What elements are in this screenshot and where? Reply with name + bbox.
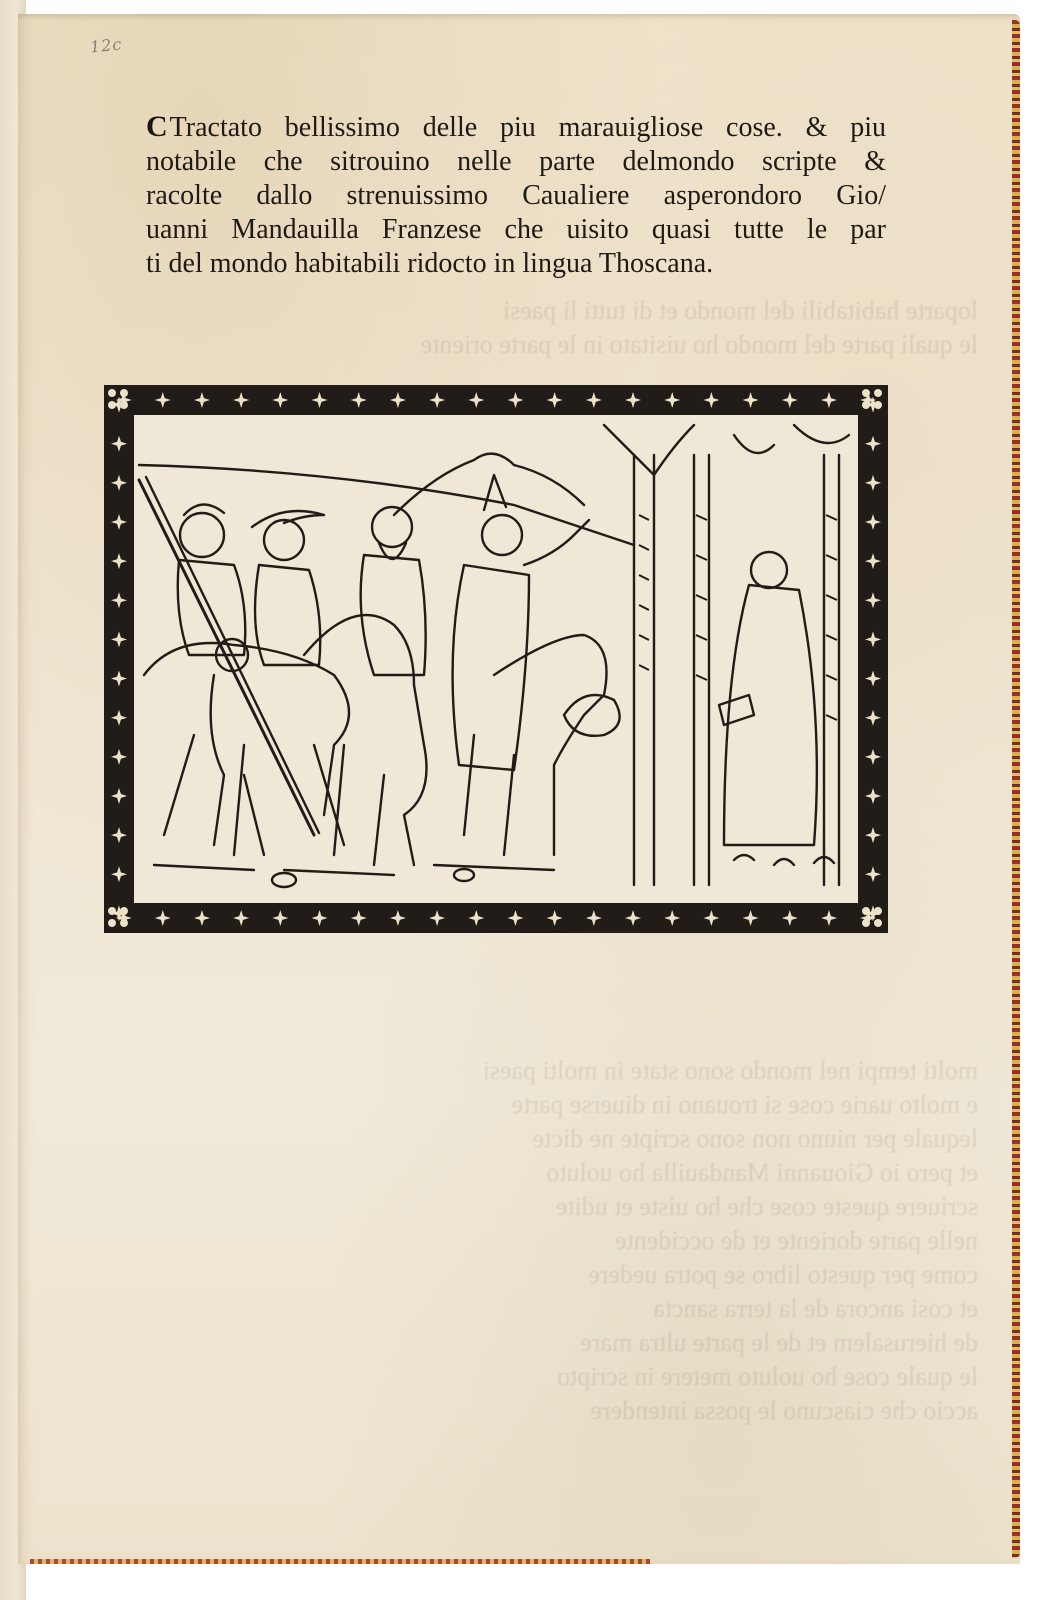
bleed-line: et pero io Giouanni Mandauilla ho uoluto bbox=[78, 1156, 978, 1190]
border-left bbox=[104, 385, 134, 933]
title-line-text: Tractato bellissimo delle piu marauiglio… bbox=[170, 112, 886, 143]
border-bottom bbox=[104, 903, 888, 933]
title-line-3: racolte dallo strenuissimo Caualiere asp… bbox=[146, 179, 886, 213]
title-line-2: notabile che sitrouino nelle parte delmo… bbox=[146, 145, 886, 179]
corner-rosette-icon bbox=[104, 903, 134, 933]
bleed-line: come per questo libro se potra uedere bbox=[78, 1258, 978, 1292]
corner-rosette-icon bbox=[858, 903, 888, 933]
bleed-line: loparte habitabili del mondo et di tutti… bbox=[78, 294, 978, 328]
bleed-line: lequale per niuno non sono scripte ne di… bbox=[78, 1122, 978, 1156]
title-line-1: CTractato bellissimo delle piu marauigli… bbox=[146, 110, 886, 145]
bleed-line: molti tempi nel mondo sono state in molt… bbox=[78, 1054, 978, 1088]
paragraph-mark-icon: C bbox=[146, 110, 168, 144]
title-paragraph: CTractato bellissimo delle piu marauigli… bbox=[146, 110, 886, 281]
bleed-line: de hierusalem et de le parte ultra mare bbox=[78, 1326, 978, 1360]
bleed-line: et cosi ancora de la terra sancta bbox=[78, 1292, 978, 1326]
travellers-and-saint-scene-icon bbox=[134, 415, 858, 903]
bleed-through-text-bottom: molti tempi nel mondo sono state in molt… bbox=[78, 1054, 978, 1474]
gilt-fore-edge bbox=[1012, 20, 1020, 1558]
handwritten-folio-note: 12c bbox=[89, 34, 123, 56]
corner-rosette-icon bbox=[858, 385, 888, 415]
bleed-line: nelle parte doriente et de occidente bbox=[78, 1224, 978, 1258]
bleed-line: e molto uarie cose si trouano in diuerse… bbox=[78, 1088, 978, 1122]
bleed-line: le quale cose ho uoluto metere in script… bbox=[78, 1360, 978, 1394]
bleed-through-text-top: loparte habitabili del mondo et di tutti… bbox=[78, 294, 978, 394]
woodcut-illustration bbox=[104, 385, 888, 933]
gilt-bottom-edge bbox=[30, 1559, 650, 1564]
border-right bbox=[858, 385, 888, 933]
corner-rosette-icon bbox=[104, 385, 134, 415]
bleed-line: le quali parte del mondo ho uisitato in … bbox=[78, 328, 978, 362]
border-top bbox=[104, 385, 888, 415]
bleed-line: accio che ciascuno le possa intendere bbox=[78, 1394, 978, 1428]
title-line-5: ti del mondo habitabili ridocto in lingu… bbox=[146, 247, 886, 281]
bleed-line: scriuere queste cose che ho uiste et udi… bbox=[78, 1190, 978, 1224]
woodcut-scene bbox=[134, 415, 858, 903]
title-line-4: uanni Mandauilla Franzese che uisito qua… bbox=[146, 213, 886, 247]
